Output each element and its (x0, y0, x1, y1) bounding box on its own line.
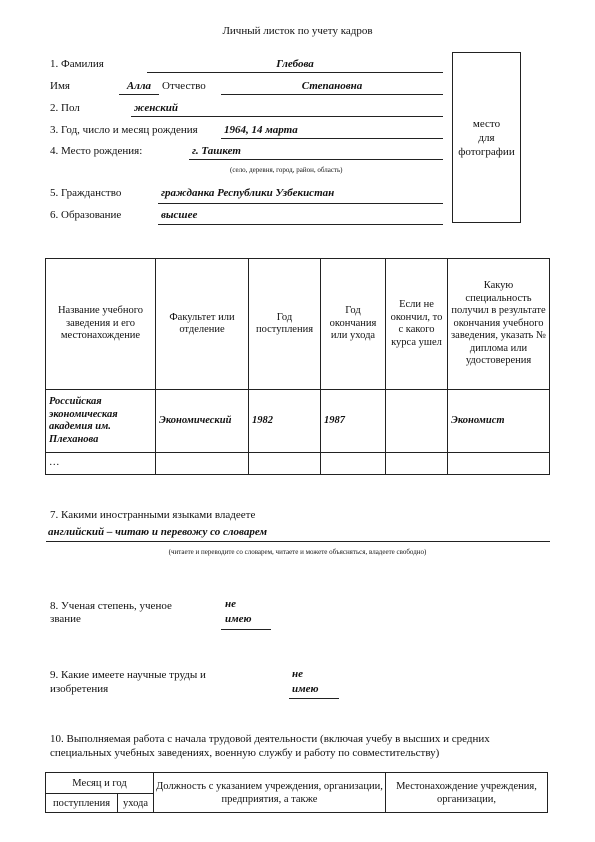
cell-faculty[interactable]: Экономический (156, 390, 249, 453)
education-table: Название учебного заведения и его местон… (45, 258, 550, 475)
header-start: поступления (46, 794, 118, 813)
table-row: … (46, 453, 550, 475)
degree-value-line1[interactable]: не (225, 598, 236, 610)
degree-value-line2[interactable]: имею (225, 613, 252, 625)
works-value-line2[interactable]: имею (292, 683, 319, 695)
header-month-year: Месяц и год (46, 773, 154, 794)
cell-start-year[interactable]: 1982 (249, 390, 321, 453)
sex-underline (131, 116, 443, 117)
employment-table: Месяц и год Должность с указанием учрежд… (45, 772, 548, 813)
birth-place-hint: (село, деревня, город, район, область) (230, 166, 343, 174)
works-label-line2: изобретения (50, 683, 108, 695)
education-value[interactable]: высшее (161, 209, 197, 221)
header-location: Местонахождение учреждения, организации, (386, 773, 548, 813)
patronymic-label: Отчество (162, 80, 206, 92)
header-end-year: Год окончания или ухода (321, 259, 386, 390)
works-underline (289, 698, 339, 699)
degree-label-line1: 8. Ученая степень, ученое (50, 600, 172, 612)
header-specialty: Какую специальность получил в результате… (448, 259, 550, 390)
header-position: Должность с указанием учреждения, органи… (154, 773, 386, 813)
sex-value[interactable]: женский (134, 102, 178, 114)
birth-date-value[interactable]: 1964, 14 марта (224, 124, 298, 136)
birth-place-label: 4. Место рождения: (50, 145, 142, 157)
birth-date-underline (221, 138, 443, 139)
employment-label-line1: 10. Выполняемая работа с начала трудовой… (50, 733, 490, 745)
cell-dropout-course[interactable] (386, 390, 448, 453)
employment-label-line2: специальных учебных заведениях, военную … (50, 747, 439, 759)
cell-specialty[interactable] (448, 453, 550, 475)
education-table-header: Название учебного заведения и его местон… (46, 259, 550, 390)
degree-underline (221, 629, 271, 630)
languages-hint: (читаете и переводите со словарем, читае… (0, 548, 595, 556)
name-underline (119, 94, 159, 95)
photo-label-line3: фотографии (458, 145, 514, 159)
cell-institution[interactable]: … (46, 453, 156, 475)
works-value-line1[interactable]: не (292, 668, 303, 680)
cell-start-year[interactable] (249, 453, 321, 475)
birth-place-underline (189, 159, 443, 160)
patronymic-value[interactable]: Степановна (221, 80, 443, 92)
surname-value[interactable]: Глебова (147, 58, 443, 70)
degree-label-line2: звание (50, 613, 81, 625)
languages-label: 7. Какими иностранными языками владеете (50, 509, 255, 521)
surname-label: 1. Фамилия (50, 58, 104, 70)
education-label: 6. Образование (50, 209, 121, 221)
cell-faculty[interactable] (156, 453, 249, 475)
header-start-year: Год поступления (249, 259, 321, 390)
photo-placeholder: место для фотографии (452, 52, 521, 223)
name-label: Имя (50, 80, 70, 92)
surname-underline (147, 72, 443, 73)
cell-institution[interactable]: Российская экономическая академия им. Пл… (46, 390, 156, 453)
sex-label: 2. Пол (50, 102, 80, 114)
photo-label-line1: место (458, 117, 514, 131)
name-value[interactable]: Алла (119, 80, 159, 92)
citizenship-label: 5. Гражданство (50, 187, 121, 199)
cell-end-year[interactable]: 1987 (321, 390, 386, 453)
cell-dropout-course[interactable] (386, 453, 448, 475)
header-end: ухода (118, 794, 154, 813)
education-underline (158, 224, 443, 225)
citizenship-underline (158, 203, 443, 204)
photo-label-line2: для (458, 131, 514, 145)
languages-underline (46, 541, 550, 542)
header-faculty: Факультет или отделение (156, 259, 249, 390)
cell-specialty[interactable]: Экономист (448, 390, 550, 453)
languages-value[interactable]: английский – читаю и перевожу со словаре… (48, 526, 267, 538)
birth-date-label: 3. Год, число и месяц рождения (50, 124, 198, 136)
header-institution: Название учебного заведения и его местон… (46, 259, 156, 390)
document-title: Личный листок по учету кадров (0, 25, 595, 37)
citizenship-value[interactable]: гражданка Республики Узбекистан (161, 187, 334, 199)
patronymic-underline (221, 94, 443, 95)
birth-place-value[interactable]: г. Ташкет (192, 145, 241, 157)
works-label-line1: 9. Какие имеете научные труды и (50, 669, 206, 681)
table-row: Российская экономическая академия им. Пл… (46, 390, 550, 453)
cell-end-year[interactable] (321, 453, 386, 475)
header-dropout-course: Если не окончил, то с какого курса ушел (386, 259, 448, 390)
